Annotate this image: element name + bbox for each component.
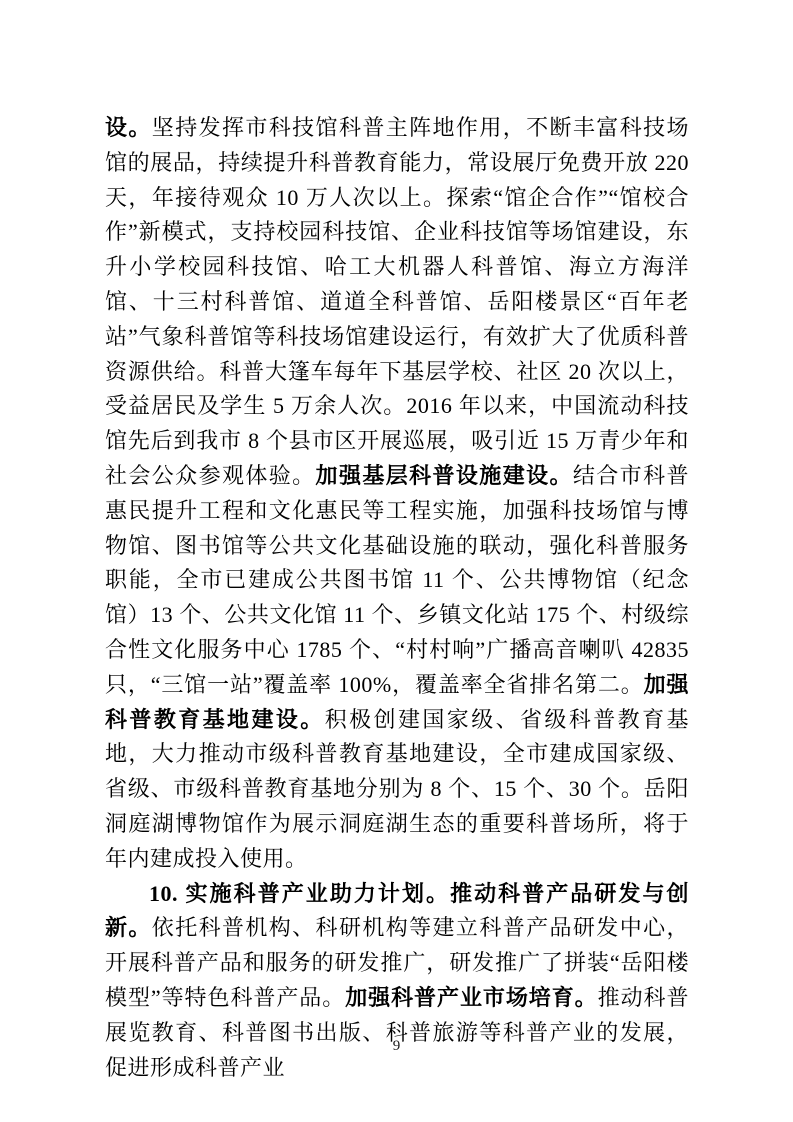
body-paragraph-continued: 设。坚持发挥市科技馆科普主阵地作用，不断丰富科技场馆的展品，持续提升科普教育能力…: [105, 111, 689, 877]
document-body: 设。坚持发挥市科技馆科普主阵地作用，不断丰富科技场馆的展品，持续提升科普教育能力…: [105, 111, 689, 1085]
bold-heading-run: 加强科普产业市场培育。: [345, 985, 597, 1010]
bold-heading-run: 加强基层科普设施建设。: [316, 463, 573, 488]
text-run: 坚持发挥市科技馆科普主阵地作用，不断丰富科技场馆的展品，持续提升科普教育能力，常…: [105, 115, 689, 488]
document-page: 设。坚持发挥市科技馆科普主阵地作用，不断丰富科技场馆的展品，持续提升科普教育能力…: [0, 0, 793, 1122]
text-run: 结合市科普惠民提升工程和文化惠民等工程实施，加强科技场馆与博物馆、图书馆等公共文…: [105, 463, 689, 697]
page-number: 9: [0, 1036, 793, 1056]
bold-heading-run: 设。: [105, 115, 152, 140]
